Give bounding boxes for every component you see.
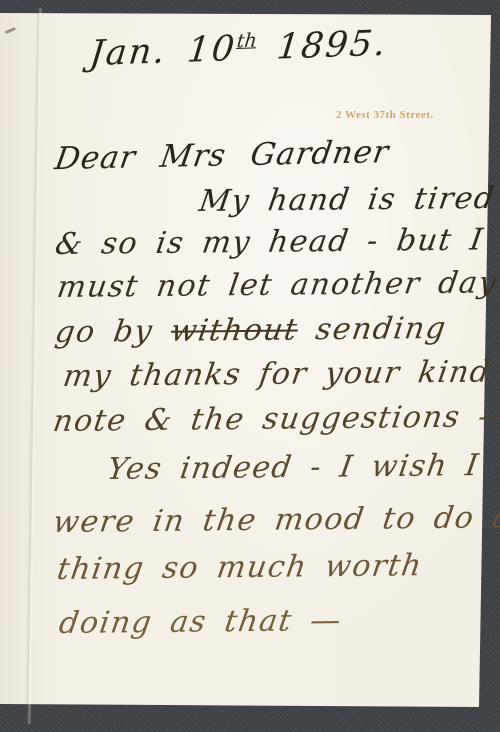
letter-line: go by without sending	[53, 311, 449, 350]
letter-line: my thanks for your kind	[61, 355, 494, 394]
date-day: Jan. 10	[88, 29, 238, 74]
letter-line: must not let another day	[55, 265, 500, 305]
letter-line: & so is my head - but I	[53, 223, 486, 262]
line-fragment: sending	[295, 311, 449, 348]
letter-photograph: Jan. 10th 1895. 2 West 37th Street. Dear…	[0, 0, 500, 732]
letter-line: doing as that —	[57, 603, 345, 641]
struck-through-word: without	[169, 312, 301, 348]
letter-line: My hand is tired	[197, 181, 498, 219]
letter-line: thing so much worth	[55, 548, 425, 587]
line-fragment: go by	[53, 314, 174, 350]
printed-letterhead-address: 2 West 37th Street.	[336, 109, 462, 121]
date-year: 1895.	[254, 24, 389, 69]
letter-line: note & the suggestions —	[51, 399, 500, 439]
salutation: Dear Mrs Gardner	[52, 134, 391, 177]
date-ordinal-suffix: th	[236, 30, 258, 53]
letter-line: Yes indeed - I wish I	[105, 448, 482, 487]
letter-line: were in the mood to do a	[51, 500, 500, 540]
